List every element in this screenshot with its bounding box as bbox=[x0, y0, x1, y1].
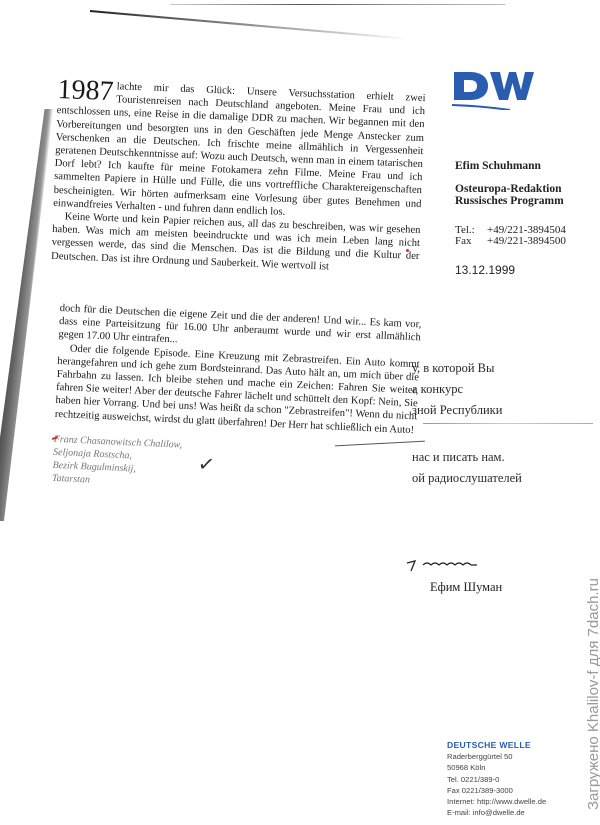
upload-watermark: Загружено Khalilov-f для 7dach.ru bbox=[585, 578, 600, 810]
russian-line: а конкурс bbox=[412, 379, 522, 400]
department: Osteuropa-Redaktion Russisches Programm bbox=[455, 183, 595, 207]
clipping-author: Franz Chasanowitsch Chalilow, Seljonaja … bbox=[52, 433, 416, 501]
russian-line: зной Республики bbox=[412, 400, 522, 421]
scan-artifact-streak bbox=[90, 10, 409, 40]
checkmark-icon: ✓ bbox=[196, 451, 216, 477]
handwritten-signature-icon bbox=[405, 555, 495, 575]
letterhead: Efim Schuhmann Osteuropa-Redaktion Russi… bbox=[455, 160, 595, 276]
fax-value: +49/221-3894500 bbox=[487, 236, 566, 247]
russian-line: нас и писать нам. bbox=[412, 447, 522, 468]
sender-name: Efim Schuhmann bbox=[455, 160, 595, 172]
red-pen-mark bbox=[406, 249, 409, 252]
footer-website: Internet: http://www.dwelle.de bbox=[447, 796, 546, 807]
signature-name: Ефим Шуман bbox=[430, 580, 502, 595]
footer-brand: DEUTSCHE WELLE bbox=[447, 740, 546, 751]
dw-logo-icon bbox=[452, 70, 534, 110]
footer-tel: Tel. 0221/389-0 bbox=[447, 774, 546, 785]
clipping-edge-line bbox=[423, 423, 593, 424]
russian-line: ой радиослушателей bbox=[412, 468, 522, 489]
contact-block: Tel.:+49/221-3894504 Fax+49/221-3894500 bbox=[455, 225, 595, 247]
footer-email: E-mail: info@dwelle.de bbox=[447, 807, 546, 818]
russian-line: у, в которой Вы bbox=[412, 358, 522, 379]
footer-fax: Fax 0221/389-3000 bbox=[447, 785, 546, 796]
clipping-year: 1987 bbox=[57, 78, 114, 104]
letter-date: 13.12.1999 bbox=[455, 264, 595, 276]
letter-footer: DEUTSCHE WELLE Raderberggürtel 50 50968 … bbox=[447, 740, 546, 818]
department-line: Russisches Programm bbox=[455, 195, 595, 207]
clipping-shadow-edge bbox=[0, 109, 53, 521]
fax-label: Fax bbox=[455, 236, 487, 247]
footer-street: Raderberggürtel 50 bbox=[447, 751, 546, 762]
clipping-paragraph: Oder die folgende Episode. Eine Kreuzung… bbox=[55, 342, 420, 438]
newspaper-clipping: 1987 lachte mir das Glück: Unsere Versuc… bbox=[51, 78, 426, 277]
scan-artifact-line bbox=[170, 4, 505, 5]
newspaper-clipping-continuation: doch für die Deutschen die eigene Zeit u… bbox=[52, 302, 422, 501]
department-line: Osteuropa-Redaktion bbox=[455, 183, 595, 195]
footer-city: 50968 Köln bbox=[447, 762, 546, 773]
